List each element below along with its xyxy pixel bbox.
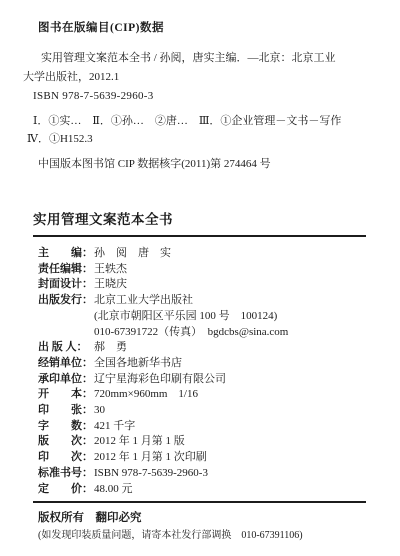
footer-divider (33, 501, 366, 503)
meta-value: 全国各地新华书店 (94, 356, 182, 372)
isbn-line: ISBN 978-7-5639-2960-3 (33, 87, 366, 106)
quality-note: (如发现印装质量问题，请寄本社发行部调换 010-67391106) (38, 529, 366, 543)
meta-value: 北京工业大学出版社 (94, 293, 193, 309)
meta-row-sheets: 印 张：30 (38, 403, 366, 419)
publication-metadata: 主 编：孙 阅 唐 实 责任编辑：王轶杰 封面设计：王晓庆 出版发行：北京工业大… (38, 246, 366, 497)
meta-value: 孙 阅 唐 实 (94, 246, 171, 262)
cip-header: 图书在版编目(CIP)数据 (38, 21, 366, 36)
meta-value: 48.00 元 (94, 482, 133, 498)
cip-classification: Ⅰ．①实… Ⅱ．①孙… ②唐… Ⅲ．①企业管理－文书－写作 Ⅳ．①H152.3 (33, 112, 366, 148)
title-divider (33, 235, 366, 237)
meta-row-distributor: 经销单位：全国各地新华书店 (38, 356, 366, 372)
meta-value: 2012 年 1 月第 1 次印刷 (94, 450, 207, 466)
meta-label: 出 版 人： (38, 340, 94, 356)
meta-value: 王晓庆 (94, 277, 127, 293)
meta-label: 定 价： (38, 482, 94, 498)
meta-label: 印 次： (38, 450, 94, 466)
meta-label: 经销单位： (38, 356, 94, 372)
copyright-notice: 版权所有 翻印必究 (38, 510, 366, 526)
meta-value: 30 (94, 403, 105, 419)
cip-classification-line1: Ⅰ．①实… Ⅱ．①孙… ②唐… Ⅲ．①企业管理－文书－写作 (33, 112, 366, 130)
cip-description-line1: 实用管理文案范本全书 / 孙阅，唐实主编．—北京：北京工业 (23, 49, 366, 68)
meta-label: 责任编辑： (38, 262, 94, 278)
meta-label: 封面设计： (38, 277, 94, 293)
meta-label: 标准书号： (38, 466, 94, 482)
meta-row-edition: 版 次：2012 年 1 月第 1 版 (38, 434, 366, 450)
meta-value: 辽宁星海彩色印刷有限公司 (94, 372, 226, 388)
meta-label: 主 编： (38, 246, 94, 262)
meta-row-format: 开 本：720mm×960mm 1/16 (38, 387, 366, 403)
book-title: 实用管理文案范本全书 (33, 210, 366, 230)
meta-row-responsible-editor: 责任编辑：王轶杰 (38, 262, 366, 278)
meta-row-printing: 印 次：2012 年 1 月第 1 次印刷 (38, 450, 366, 466)
meta-row-word-count: 字 数：421 千字 (38, 419, 366, 435)
copyright-page: 图书在版编目(CIP)数据 实用管理文案范本全书 / 孙阅，唐实主编．—北京：北… (0, 0, 400, 556)
meta-row-publisher: 出版发行：北京工业大学出版社 (38, 293, 366, 309)
cip-record-number: 中国版本图书馆 CIP 数据核字(2011)第 274464 号 (38, 156, 366, 172)
meta-label: 开 本： (38, 387, 94, 403)
meta-label: 承印单位： (38, 372, 94, 388)
meta-label: 字 数： (38, 419, 94, 435)
meta-label: 版 次： (38, 434, 94, 450)
meta-value: ISBN 978-7-5639-2960-3 (94, 466, 208, 482)
meta-value: 010-67391722（传真） bgdcbs@sina.com (94, 325, 288, 341)
meta-value: (北京市朝阳区平乐园 100 号 100124) (94, 309, 277, 325)
meta-value: 421 千字 (94, 419, 135, 435)
meta-row-price: 定 价：48.00 元 (38, 482, 366, 498)
meta-row-chief-editor: 主 编：孙 阅 唐 实 (38, 246, 366, 262)
meta-row-printer: 承印单位：辽宁星海彩色印刷有限公司 (38, 372, 366, 388)
meta-row-cover-design: 封面设计：王晓庆 (38, 277, 366, 293)
meta-label: 印 张： (38, 403, 94, 419)
cip-description-line2: 大学出版社，2012.1 (23, 68, 366, 87)
cip-description: 实用管理文案范本全书 / 孙阅，唐实主编．—北京：北京工业 大学出版社，2012… (23, 49, 366, 106)
meta-row-publisher-contact: 010-67391722（传真） bgdcbs@sina.com (38, 325, 366, 341)
meta-value: 郝 勇 (94, 340, 127, 356)
meta-row-publisher-address: (北京市朝阳区平乐园 100 号 100124) (38, 309, 366, 325)
meta-value: 王轶杰 (94, 262, 127, 278)
meta-label (38, 309, 94, 325)
meta-label: 出版发行： (38, 293, 94, 309)
cip-classification-line2: Ⅳ．①H152.3 (27, 130, 366, 148)
meta-label (38, 325, 94, 341)
meta-row-publishing-person: 出 版 人：郝 勇 (38, 340, 366, 356)
meta-value: 720mm×960mm 1/16 (94, 387, 198, 403)
meta-row-standard-isbn: 标准书号：ISBN 978-7-5639-2960-3 (38, 466, 366, 482)
meta-value: 2012 年 1 月第 1 版 (94, 434, 185, 450)
